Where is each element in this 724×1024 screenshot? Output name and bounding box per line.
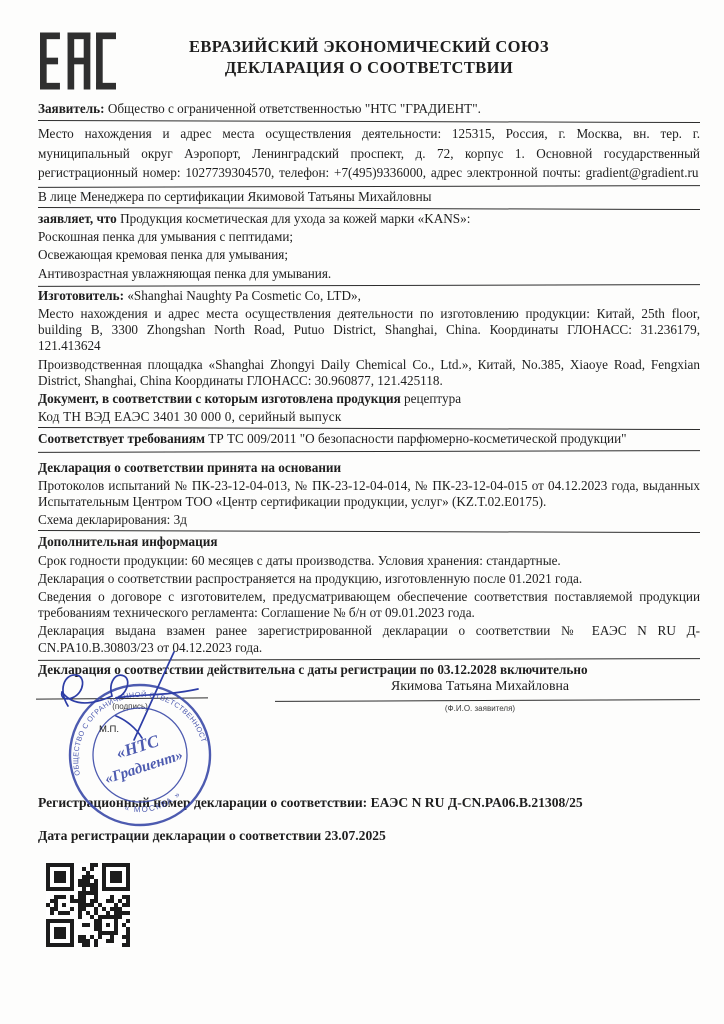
- declaration-document: ЕВРАЗИЙСКИЙ ЭКОНОМИЧЕСКИЙ СОЮЗ ДЕКЛАРАЦИ…: [0, 0, 724, 1024]
- seal-place-label: М.П.: [99, 724, 119, 735]
- declares-label: заявляет, что: [38, 211, 117, 226]
- registration-date-value: 23.07.2025: [325, 828, 386, 843]
- signature-block: (подпись) Якимова Татьяна Михайловна (Ф.…: [38, 680, 700, 786]
- tnved-code: Код ТН ВЭД ЕАЭС 3401 30 000 0, серийный …: [38, 408, 700, 426]
- declaration-scheme: Схема декларирования: 3д: [38, 511, 700, 529]
- svg-text:ОБЩЕСТВО С ОГРАНИЧЕННОЙ ОТВЕТС: ОБЩЕСТВО С ОГРАНИЧЕННОЙ ОТВЕТСТВЕННОСТЬЮ…: [49, 664, 209, 779]
- registration-number-value: ЕАЭС N RU Д-CN.PA06.B.21308/25: [371, 795, 583, 810]
- document-type: ДЕКЛАРАЦИЯ О СООТВЕТСТВИИ: [38, 57, 700, 78]
- product-item: Освежающая кремовая пенка для умывания;: [38, 246, 700, 264]
- stamp-ring-top-text: ОБЩЕСТВО С ОГРАНИЧЕННОЙ ОТВЕТСТВЕННОСТЬЮ…: [49, 664, 209, 779]
- applicant-row: Заявитель: Общество с ограниченной ответ…: [38, 100, 700, 119]
- product-document-label: Документ, в соответствии с которым изгот…: [38, 391, 401, 406]
- basis-label: Декларация о соответствии принята на осн…: [38, 459, 700, 477]
- production-site: Производственная площадка «Shanghai Zhon…: [38, 356, 700, 390]
- registration-number-label: Регистрационный номер декларации о соотв…: [38, 795, 367, 810]
- signature-line: [36, 697, 208, 699]
- manufacturer-row: Изготовитель: «Shanghai Naughty Pa Cosme…: [38, 287, 700, 305]
- manufacturer-address: Место нахождения и адрес места осуществл…: [38, 305, 700, 356]
- applicant-label: Заявитель:: [38, 101, 105, 116]
- product-item: Антивозрастная увлажняющая пенка для умы…: [38, 265, 700, 283]
- stamp-center-line1: «НТС: [114, 731, 162, 763]
- signer-name: Якимова Татьяна Михайловна: [315, 678, 645, 694]
- qr-code: [46, 863, 130, 947]
- compliance-value: ТР ТС 009/2011 "О безопасности парфюмерн…: [208, 431, 626, 446]
- additional-line: Декларация о соответствии распространяет…: [38, 570, 700, 588]
- document-header: ЕВРАЗИЙСКИЙ ЭКОНОМИЧЕСКИЙ СОЮЗ ДЕКЛАРАЦИ…: [38, 26, 700, 100]
- manufacturer-label: Изготовитель:: [38, 288, 124, 303]
- manufacturer-name: «Shanghai Naughty Pa Cosmetic Co, LTD»,: [127, 288, 361, 303]
- signature-caption: (подпись): [88, 702, 172, 711]
- product-document-row: Документ, в соответствии с которым изгот…: [38, 390, 700, 408]
- applicant-name: Общество с ограниченной ответственностью…: [108, 101, 481, 116]
- union-name: ЕВРАЗИЙСКИЙ ЭКОНОМИЧЕСКИЙ СОЮЗ: [38, 36, 700, 57]
- compliance-row: Соответствует требованиям ТР ТС 009/2011…: [38, 430, 700, 448]
- basis-protocols: Протоколов испытаний № ПК-23-12-04-013, …: [38, 477, 700, 511]
- additional-line: Сведения о договоре с изготовителем, пре…: [38, 588, 700, 622]
- stamp-center-line2: «Градиент»: [103, 747, 185, 787]
- declares-row: заявляет, что Продукция косметическая дл…: [38, 210, 700, 228]
- product-document-value: рецептура: [404, 391, 461, 406]
- company-stamp-icon: ОБЩЕСТВО С ОГРАНИЧЕННОЙ ОТВЕТСТВЕННОСТЬЮ…: [49, 664, 231, 846]
- signer-caption: (Ф.И.О. заявителя): [315, 704, 645, 713]
- registration-date-label: Дата регистрации декларации о соответств…: [38, 828, 321, 843]
- registration-date-row: Дата регистрации декларации о соответств…: [38, 828, 700, 844]
- additional-line: Срок годности продукции: 60 месяцев с да…: [38, 552, 700, 570]
- eac-mark-icon: [40, 30, 116, 92]
- compliance-label: Соответствует требованиям: [38, 431, 205, 446]
- registration-number-row: Регистрационный номер декларации о соотв…: [38, 795, 700, 811]
- additional-info-label: Дополнительная информация: [38, 533, 700, 551]
- signer-line: [275, 699, 700, 702]
- additional-line: Декларация выдана взамен ранее зарегистр…: [38, 622, 700, 656]
- product-intro: Продукция косметическая для ухода за кож…: [120, 211, 470, 226]
- applicant-representative: В лице Менеджера по сертификации Якимово…: [38, 188, 700, 206]
- divider: [38, 450, 700, 453]
- applicant-address: Место нахождения и адрес места осуществл…: [38, 123, 700, 184]
- page-title: ЕВРАЗИЙСКИЙ ЭКОНОМИЧЕСКИЙ СОЮЗ ДЕКЛАРАЦИ…: [38, 26, 700, 78]
- product-item: Роскошная пенка для умывания с пептидами…: [38, 228, 700, 246]
